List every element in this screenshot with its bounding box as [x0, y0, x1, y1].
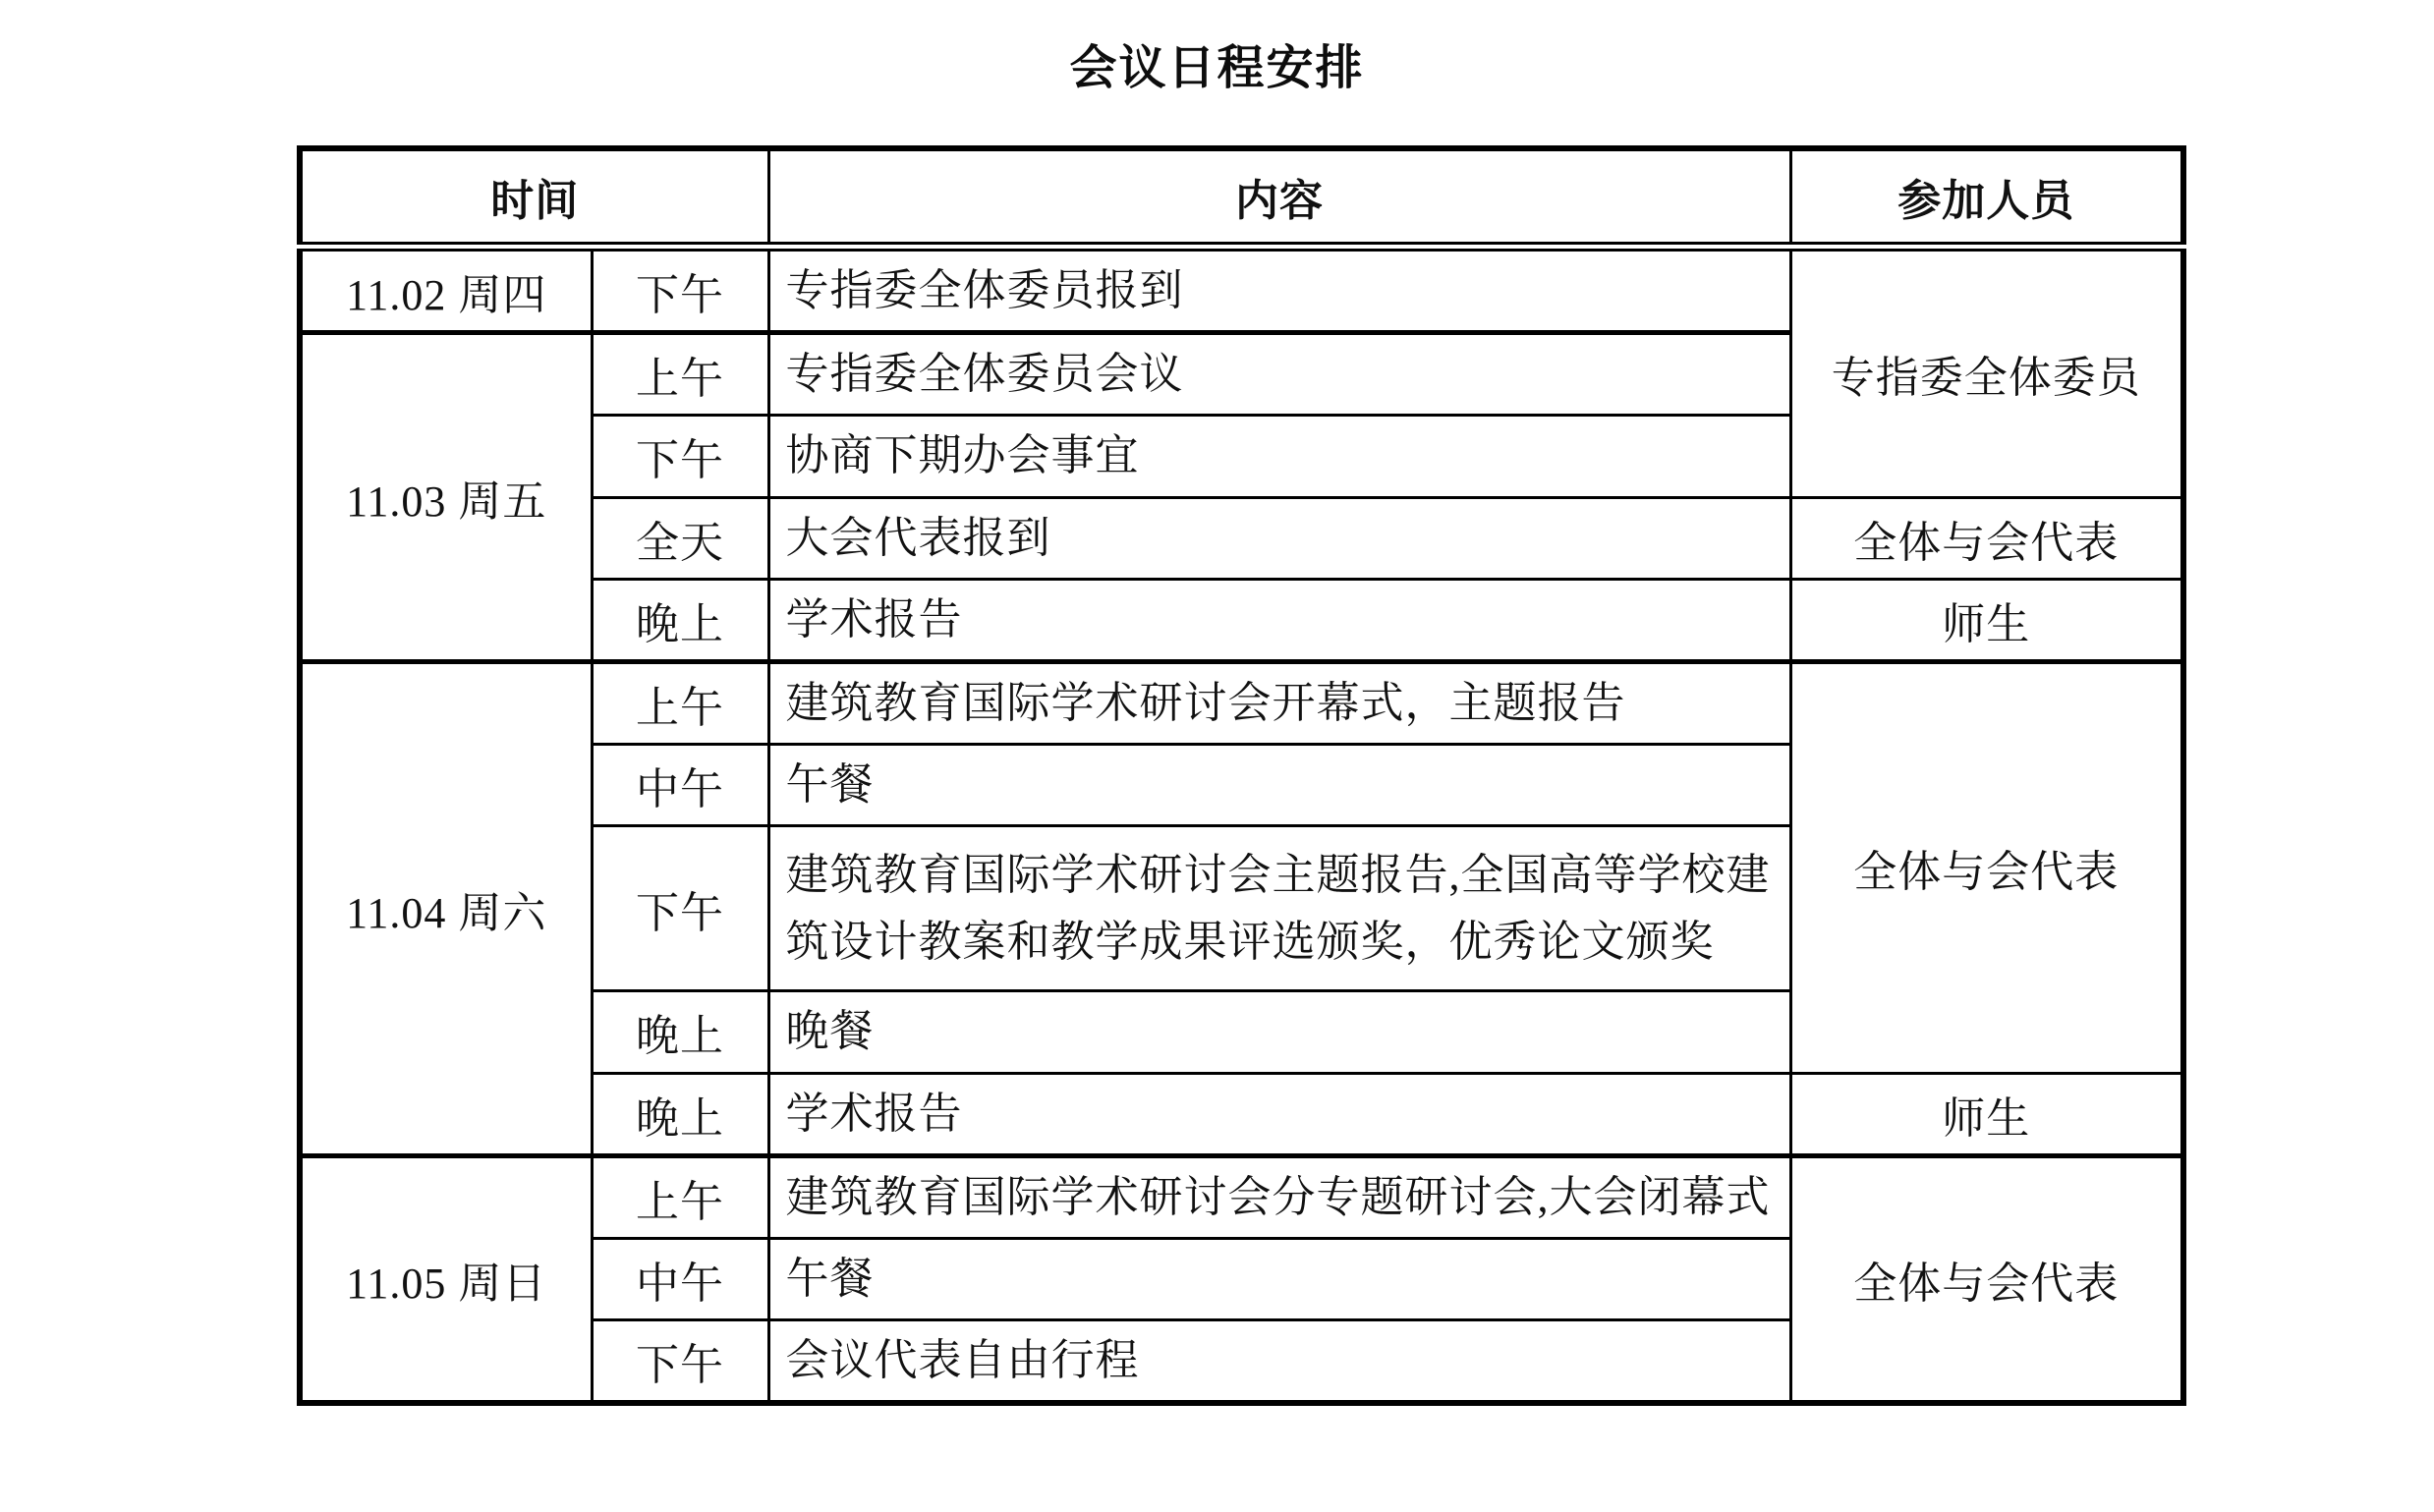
table-row: 11.02 周四 下午 专指委全体委员报到 专指委全体委员 [300, 247, 2183, 333]
period-cell: 下午 [592, 1320, 768, 1404]
content-cell: 午餐 [768, 1238, 1790, 1319]
document-page: 会议日程安排 时间 内容 参加人员 11.02 周四 下午 专指委全体委员报到 … [0, 0, 2434, 1512]
participants-cell: 师生 [1790, 1073, 2183, 1155]
header-row: 时间 内容 参加人员 [300, 148, 2183, 247]
participants-cell: 全体与会代表 [1790, 1155, 2183, 1403]
content-cell: 大会代表报到 [768, 497, 1790, 579]
participants-cell: 专指委全体委员 [1790, 247, 2183, 497]
period-cell: 下午 [592, 247, 768, 333]
content-cell: 专指委全体委员报到 [768, 247, 1790, 333]
schedule-table: 时间 内容 参加人员 11.02 周四 下午 专指委全体委员报到 专指委全体委员… [297, 145, 2186, 1406]
page-title: 会议日程安排 [0, 29, 2434, 97]
period-cell: 中午 [592, 1238, 768, 1319]
participants-cell: 全体与会代表 [1790, 661, 2183, 1073]
table-row: 11.04 周六 上午 建筑教育国际学术研讨会开幕式，主题报告 全体与会代表 [300, 661, 2183, 744]
period-cell: 下午 [592, 826, 768, 991]
content-cell: 建筑教育国际学术研讨会分专题研讨会,大会闭幕式 [768, 1155, 1790, 1238]
period-cell: 晚上 [592, 1073, 768, 1155]
date-cell: 11.02 周四 [300, 247, 592, 333]
header-cell-time: 时间 [300, 148, 768, 247]
content-cell: 协商下期办会事宜 [768, 416, 1790, 497]
participants-cell: 全体与会代表 [1790, 497, 2183, 579]
period-cell: 晚上 [592, 991, 768, 1073]
period-cell: 上午 [592, 333, 768, 416]
period-cell: 上午 [592, 1155, 768, 1238]
content-cell: 午餐 [768, 745, 1790, 826]
date-cell: 11.03 周五 [300, 333, 592, 662]
content-cell: 学术报告 [768, 1073, 1790, 1155]
header-cell-participants: 参加人员 [1790, 148, 2183, 247]
participants-cell: 师生 [1790, 579, 2183, 661]
date-cell: 11.05 周日 [300, 1155, 592, 1403]
period-cell: 上午 [592, 661, 768, 744]
content-cell: 学术报告 [768, 579, 1790, 661]
content-cell: 建筑教育国际学术研讨会主题报告,全国高等学校建筑设计教案和教学成果评选颁奖，优秀… [768, 826, 1790, 991]
period-cell: 晚上 [592, 579, 768, 661]
date-cell: 11.04 周六 [300, 661, 592, 1155]
content-cell: 晚餐 [768, 991, 1790, 1073]
period-cell: 全天 [592, 497, 768, 579]
table-row: 11.05 周日 上午 建筑教育国际学术研讨会分专题研讨会,大会闭幕式 全体与会… [300, 1155, 2183, 1238]
content-cell: 会议代表自由行程 [768, 1320, 1790, 1404]
period-cell: 下午 [592, 416, 768, 497]
content-cell: 专指委全体委员会议 [768, 333, 1790, 416]
content-cell: 建筑教育国际学术研讨会开幕式，主题报告 [768, 661, 1790, 744]
period-cell: 中午 [592, 745, 768, 826]
header-cell-content: 内容 [768, 148, 1790, 247]
